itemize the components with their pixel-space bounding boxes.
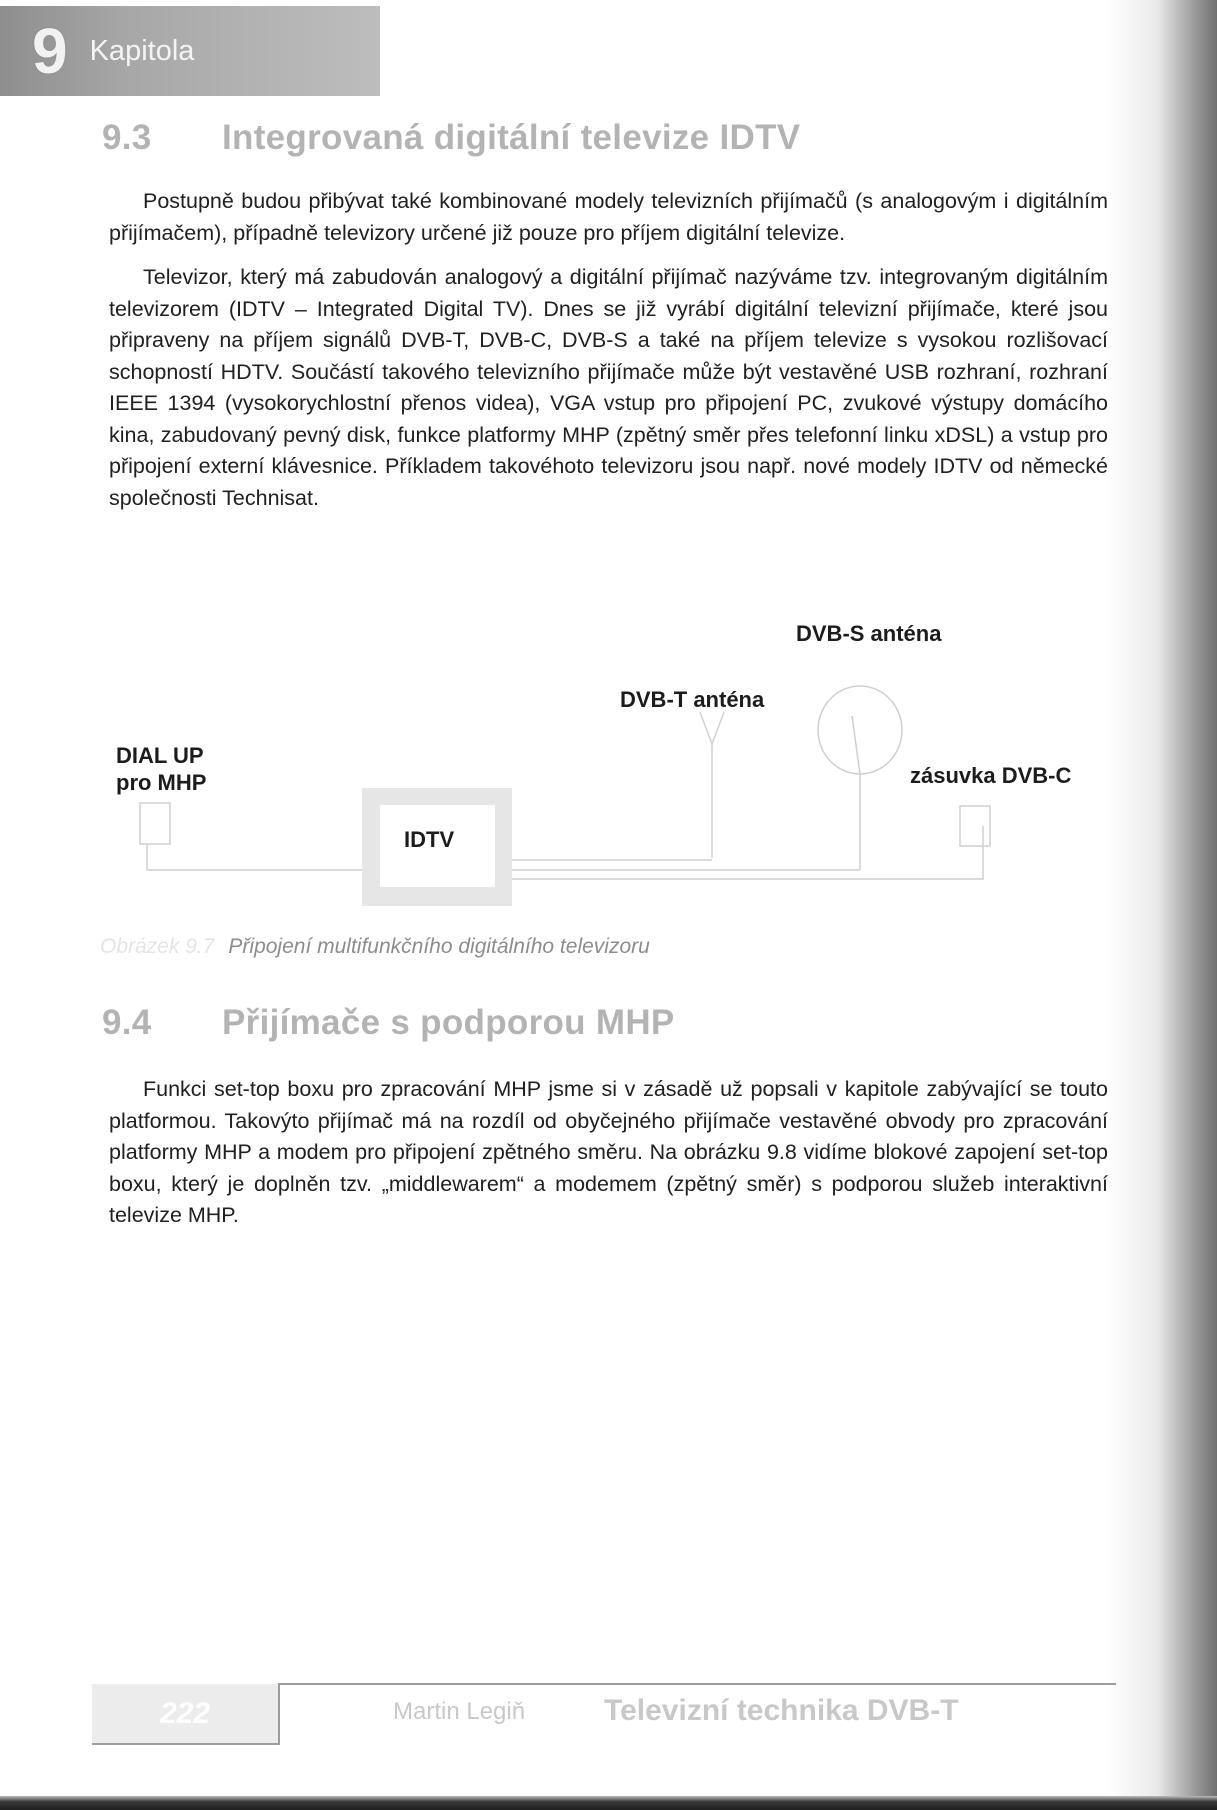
label-dvb-s-antenna: DVB-S anténa [796, 620, 941, 647]
page-spine-shadow [1107, 0, 1217, 1810]
chapter-tab: 9 Kapitola [0, 6, 380, 96]
section-heading-9-4: 9.4Přijímače s podporou MHP [102, 1003, 675, 1043]
satellite-dish-icon [818, 686, 902, 774]
footer-page-box: 222 [92, 1684, 280, 1745]
page-number: 222 [160, 1697, 210, 1731]
footer-book-title: Televizní technika DVB-T [604, 1694, 959, 1728]
figure-caption: Obrázek 9.7Připojení multifunkčního digi… [100, 935, 650, 959]
footer-author: Martin Legiň [393, 1698, 525, 1726]
chapter-label: Kapitola [90, 35, 195, 68]
figure-idtv-connection: DVB-S anténa DVB-T anténa DIAL UP pro MH… [100, 620, 1050, 920]
chapter-number: 9 [32, 19, 68, 83]
dialup-socket-icon [140, 803, 170, 844]
label-dvb-t-antenna: DVB-T anténa [620, 686, 764, 713]
section-heading-9-3: 9.3Integrovaná digitální televize IDTV [102, 118, 800, 158]
section-number: 9.3 [102, 118, 222, 158]
cable-socket-icon [960, 806, 990, 846]
section-9-4-body: Funkci set-top boxu pro zpracování MHP j… [109, 1074, 1108, 1232]
paragraph: Funkci set-top boxu pro zpracování MHP j… [109, 1074, 1108, 1232]
caption-text: Připojení multifunkčního digitálního tel… [228, 935, 649, 958]
paragraph: Postupně budou přibývat také kombinované… [109, 186, 1108, 249]
label-dialup-line2: pro MHP [116, 769, 206, 796]
label-dialup-line1: DIAL UP [116, 742, 204, 769]
section-9-3-body: Postupně budou přibývat také kombinované… [109, 186, 1108, 514]
section-title: Integrovaná digitální televize IDTV [222, 118, 800, 157]
caption-number: Obrázek 9.7 [100, 935, 214, 958]
page-bottom-edge [0, 1796, 1217, 1810]
footer-rule [278, 1683, 1116, 1685]
paragraph: Televizor, který má zabudován analogový … [109, 262, 1108, 514]
section-title: Přijímače s podporou MHP [222, 1003, 675, 1042]
label-dvb-c-socket: zásuvka DVB-C [910, 762, 1071, 789]
section-number: 9.4 [102, 1003, 222, 1043]
label-idtv: IDTV [404, 826, 454, 853]
diagram-lines [100, 620, 1050, 920]
